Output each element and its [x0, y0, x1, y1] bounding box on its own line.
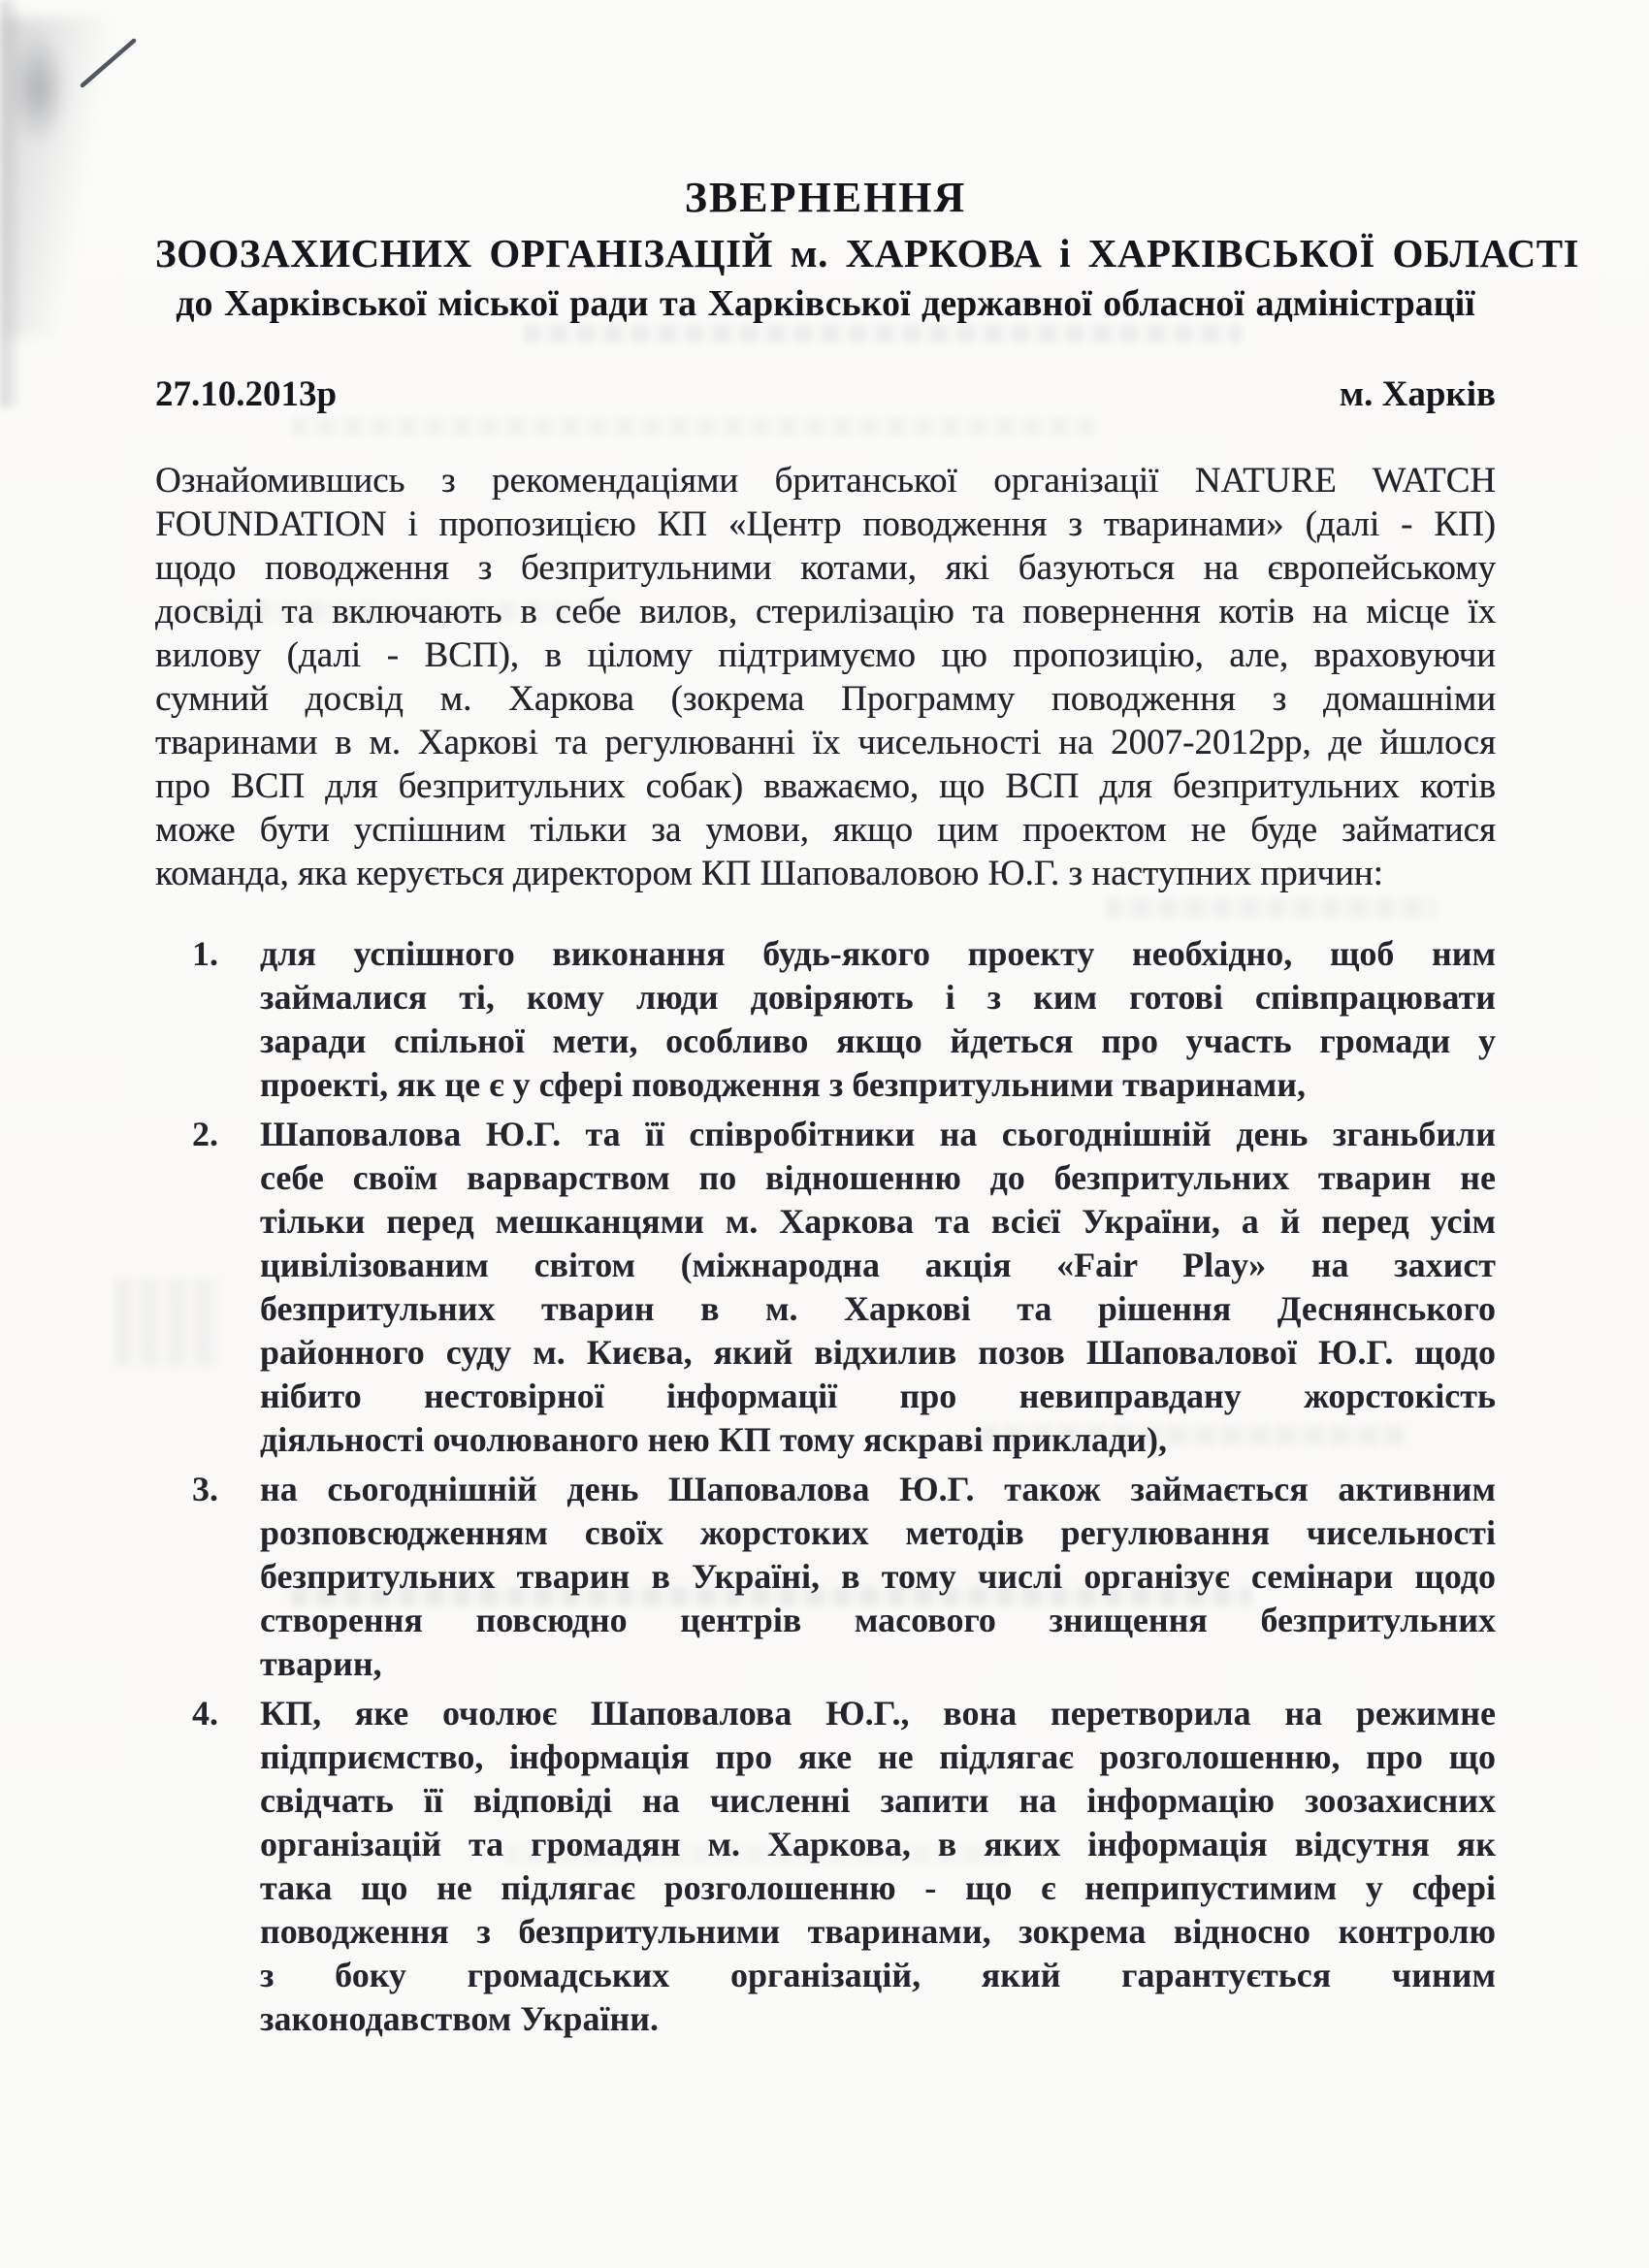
reason-number: 2.: [155, 1113, 260, 1462]
document-date: 27.10.2013р: [155, 373, 337, 416]
intro-paragraph: Ознайомившись з рекомендаціями британськ…: [155, 459, 1496, 895]
intro-line: тваринами в м. Харкові та регулюванні їх…: [155, 721, 1496, 764]
reason-text: Шаповалова Ю.Г. та її співробітники на с…: [260, 1113, 1496, 1462]
intro-line: Ознайомившись з рекомендаціями британськ…: [155, 459, 1496, 502]
reason-line: районного суду м. Києва, який відхилив п…: [260, 1331, 1496, 1375]
intro-line: про ВСП для безпритульних собак) вважаєм…: [155, 764, 1496, 808]
intro-line: сумний досвід м. Харкова (зокрема Програ…: [155, 677, 1496, 721]
reason-line: проекті, як це є у сфері поводження з бе…: [260, 1063, 1496, 1107]
document-place: м. Харків: [1340, 373, 1496, 416]
reason-line: заради спільної мети, особливо якщо йдет…: [260, 1020, 1496, 1063]
pen-mark: [68, 27, 155, 105]
intro-line: досвіді та включають в себе вилов, стери…: [155, 590, 1496, 633]
reason-line: з боку громадських організацій, який гар…: [260, 1954, 1496, 1997]
reason-line: законодавством України.: [260, 1997, 1496, 2041]
intro-line: FOUNDATION і пропозицією КП «Центр повод…: [155, 502, 1496, 546]
document-content: ЗВЕРНЕННЯ ЗООЗАХИСНИХ ОРГАНІЗАЦІЙ м. ХАР…: [0, 175, 1649, 2041]
document-subtitle-organizations: ЗООЗАХИСНИХ ОРГАНІЗАЦІЙ м. ХАРКОВА і ХАР…: [155, 229, 1496, 277]
intro-line: вилову (далі - ВСП), в цілому підтримуєм…: [155, 633, 1496, 677]
reason-number: 3.: [155, 1468, 260, 1686]
reason-item: 1.для успішного виконання будь-якого про…: [155, 932, 1496, 1107]
reason-line: така що не підлягає розголошенню - що є …: [260, 1866, 1496, 1910]
reason-line: поводження з безпритульними тваринами, з…: [260, 1910, 1496, 1954]
reasons-list: 1.для успішного виконання будь-якого про…: [155, 932, 1496, 2041]
dateline: 27.10.2013р м. Харків: [155, 373, 1496, 416]
document-title: ЗВЕРНЕННЯ: [155, 175, 1496, 221]
reason-item: 4.КП, яке очолює Шаповалова Ю.Г., вона п…: [155, 1692, 1496, 2041]
reason-line: створення повсюдно центрів масового знищ…: [260, 1599, 1496, 1642]
reason-text: КП, яке очолює Шаповалова Ю.Г., вона пер…: [260, 1692, 1496, 2041]
reason-item: 2.Шаповалова Ю.Г. та її співробітники на…: [155, 1113, 1496, 1462]
intro-line: щодо поводження з безпритульними котами,…: [155, 546, 1496, 590]
reason-text: на сьогоднішній день Шаповалова Ю.Г. так…: [260, 1468, 1496, 1686]
reason-line: КП, яке очолює Шаповалова Ю.Г., вона пер…: [260, 1692, 1496, 1735]
reason-line: свідчать її відповіді на численні запити…: [260, 1779, 1496, 1823]
reason-line: нібито нестовірної інформації про невипр…: [260, 1375, 1496, 1418]
reason-line: тільки перед мешканцями м. Харкова та вс…: [260, 1200, 1496, 1244]
scanned-page: ЗВЕРНЕННЯ ЗООЗАХИСНИХ ОРГАНІЗАЦІЙ м. ХАР…: [0, 0, 1649, 2268]
reason-line: тварин,: [260, 1642, 1496, 1686]
document-subtitle-addressees: до Харківської міської ради та Харківськ…: [155, 281, 1496, 326]
reason-line: організацій та громадян м. Харкова, в як…: [260, 1823, 1496, 1866]
reason-line: Шаповалова Ю.Г. та її співробітники на с…: [260, 1113, 1496, 1156]
reason-text: для успішного виконання будь-якого проек…: [260, 932, 1496, 1107]
reason-line: на сьогоднішній день Шаповалова Ю.Г. так…: [260, 1468, 1496, 1511]
reason-line: підприємство, інформація про яке не підл…: [260, 1735, 1496, 1779]
reason-line: цивілізованим світом (міжнародна акція «…: [260, 1244, 1496, 1287]
reason-number: 4.: [155, 1692, 260, 2041]
intro-line: команда, яка керується директором КП Шап…: [155, 852, 1496, 895]
reason-line: безпритульних тварин в Україні, в тому ч…: [260, 1555, 1496, 1599]
reason-line: діяльності очолюваного нею КП тому яскра…: [260, 1418, 1496, 1462]
reason-line: безпритульних тварин в м. Харкові та ріш…: [260, 1287, 1496, 1331]
reason-line: себе своїм варварством по відношенню до …: [260, 1156, 1496, 1200]
reason-item: 3.на сьогоднішній день Шаповалова Ю.Г. т…: [155, 1468, 1496, 1686]
reason-number: 1.: [155, 932, 260, 1107]
reason-line: займалися ті, кому люди довіряють і з ки…: [260, 976, 1496, 1020]
reason-line: розповсюдженням своїх жорстоких методів …: [260, 1511, 1496, 1555]
reason-line: для успішного виконання будь-якого проек…: [260, 932, 1496, 976]
intro-line: може бути успішним тільки за умови, якщо…: [155, 808, 1496, 852]
